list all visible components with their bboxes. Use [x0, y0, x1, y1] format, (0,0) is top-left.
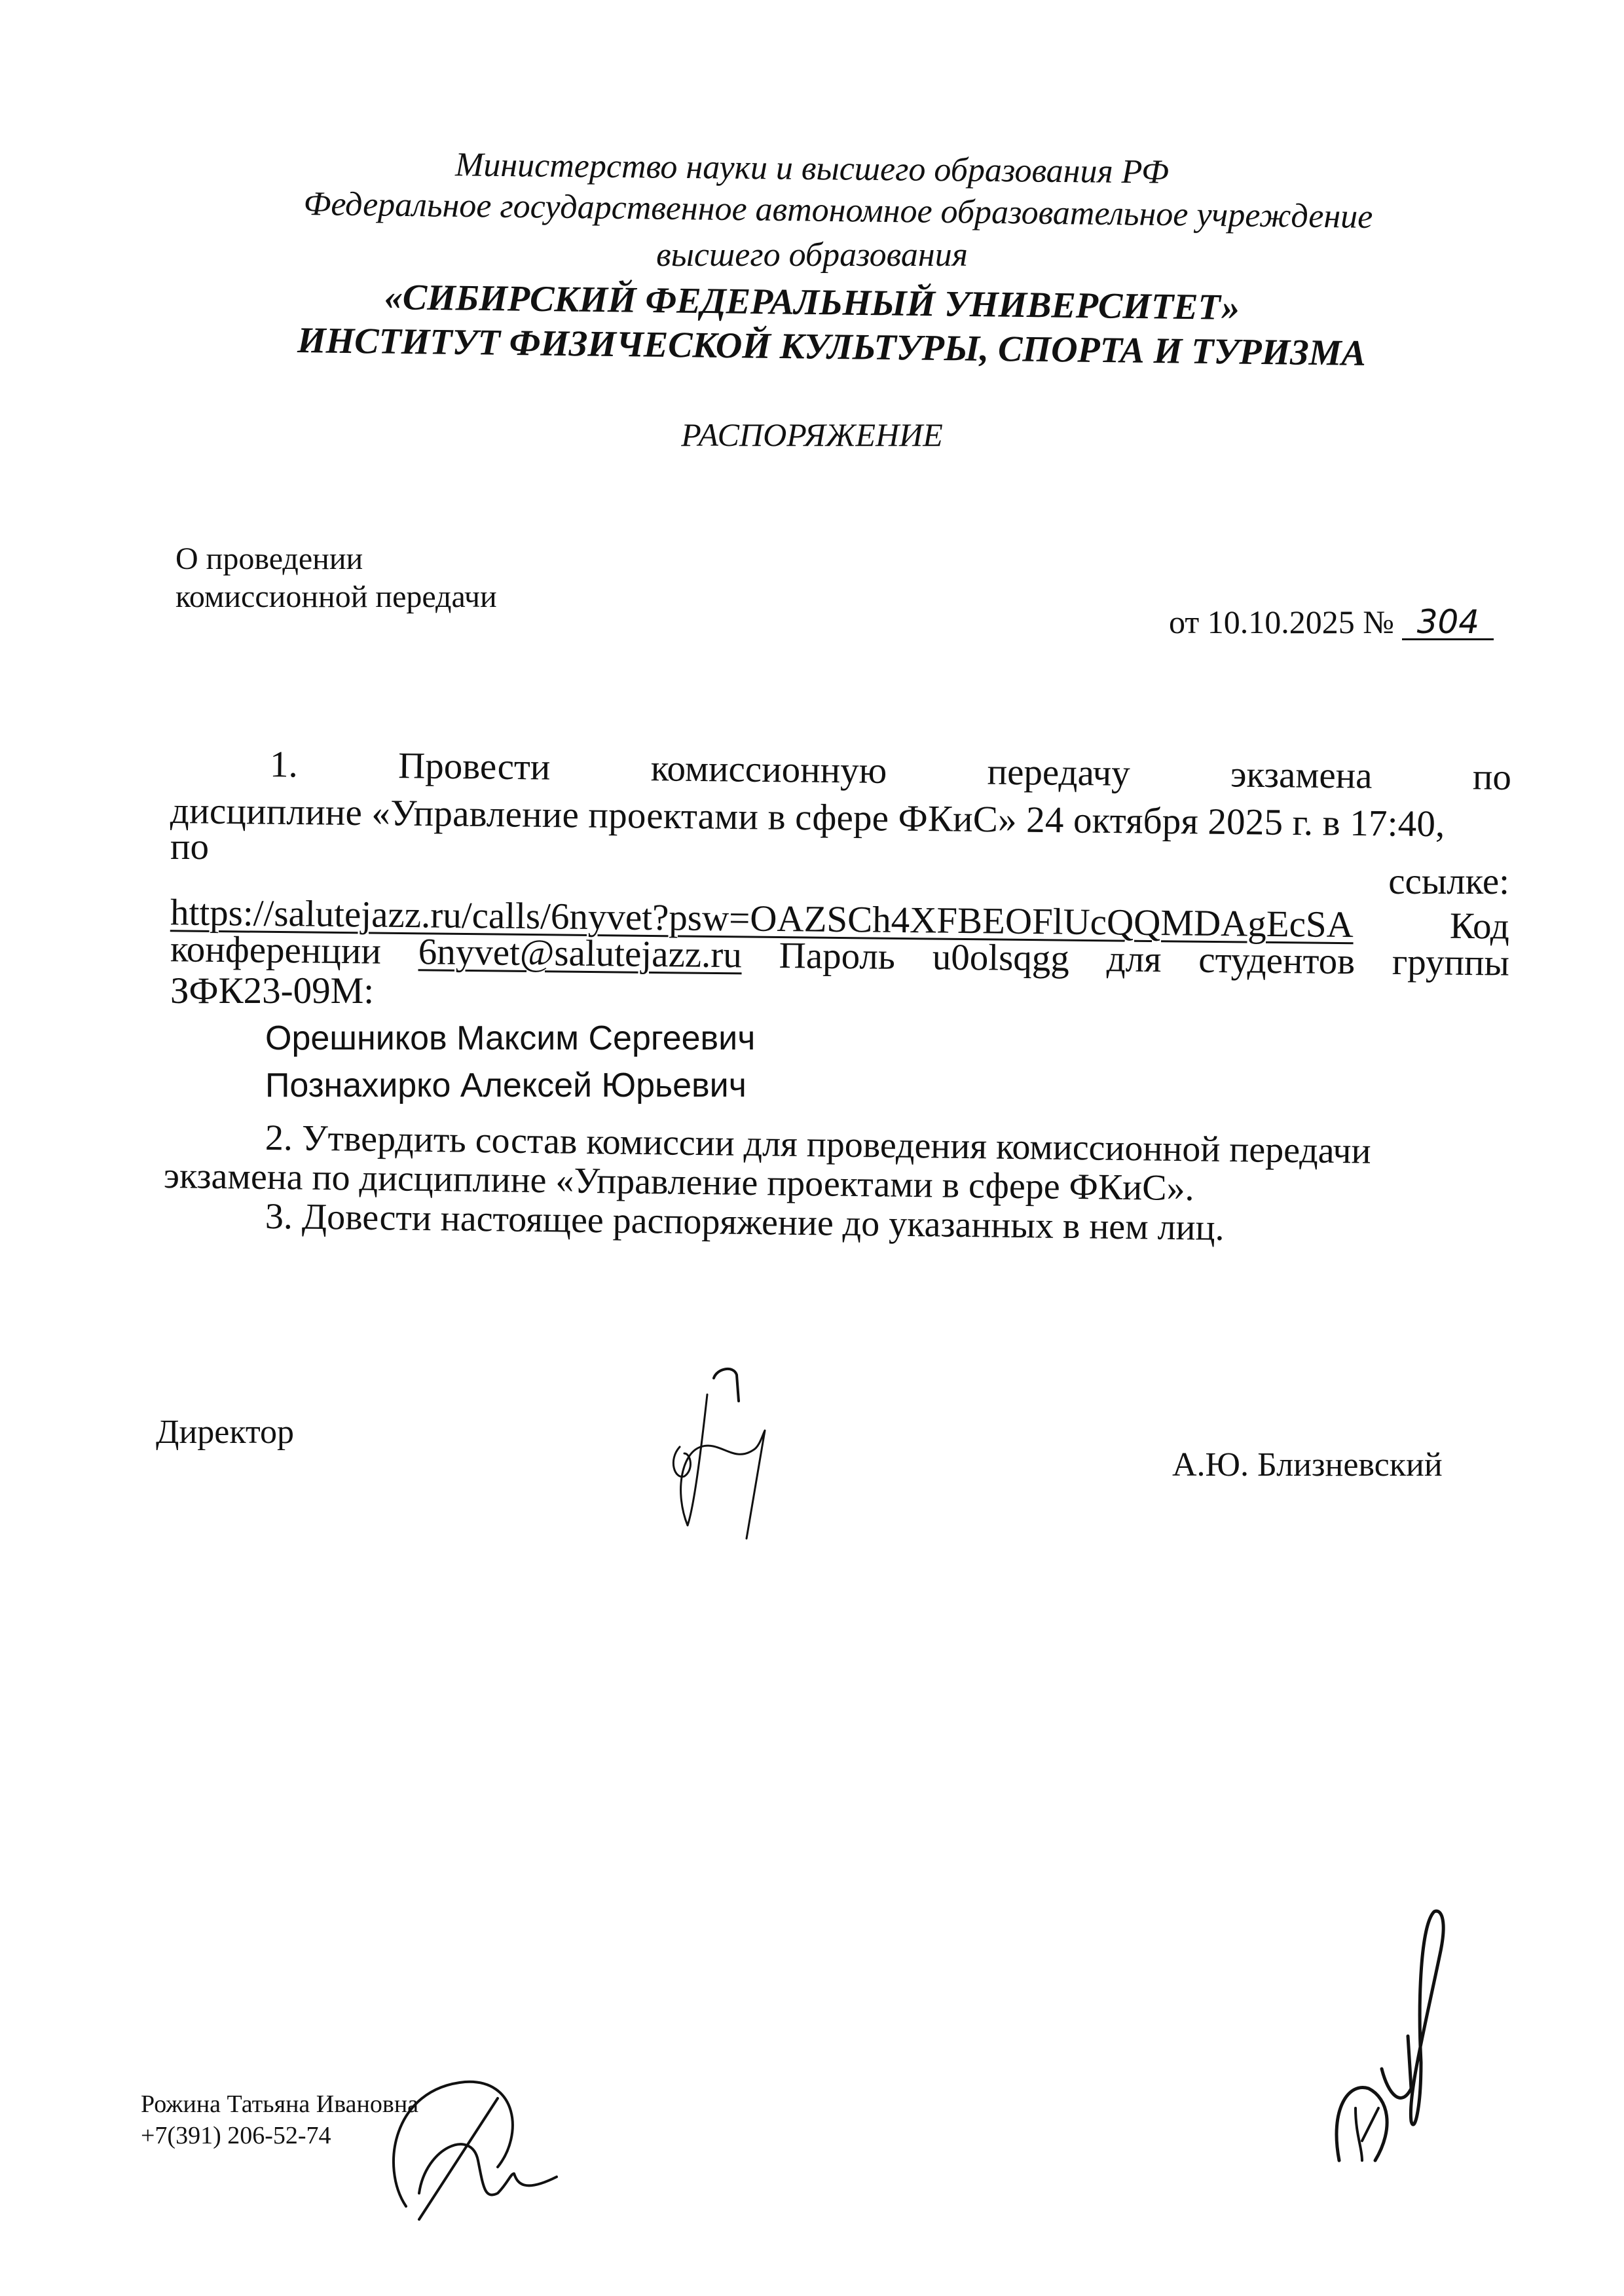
signatory-position: Директор — [156, 1415, 294, 1449]
word: для — [1106, 938, 1161, 981]
approval-signature-icon — [1316, 1899, 1486, 2160]
item1-line2: дисциплине «Управление проектами в сфере… — [170, 792, 1445, 843]
item1-line4-right: ссылке: — [1388, 863, 1509, 900]
word: по — [1473, 756, 1512, 799]
word: группы — [1392, 941, 1510, 985]
word: передачу — [987, 751, 1130, 795]
word: комиссионную — [650, 747, 887, 792]
student-1: Орешников Максим Сергеевич — [265, 1021, 755, 1055]
password-value: u0olsqgg — [932, 936, 1069, 979]
executor-phone: +7(391) 206-52-74 — [141, 2120, 331, 2151]
group-code: ЗФК23-09М: — [170, 972, 374, 1010]
item1-line3: по — [170, 828, 209, 866]
word: экзамена — [1230, 753, 1373, 797]
order-number: 304 — [1402, 606, 1494, 640]
signatory-name: А.Ю. Близневский — [1172, 1448, 1443, 1482]
item1-number: 1. — [270, 743, 298, 786]
item1-line1: 1. Провести комиссионную передачу экзаме… — [270, 743, 1512, 799]
word: студентов — [1198, 939, 1355, 983]
word: Провести — [398, 744, 551, 788]
subject-line-2: комиссионной передачи — [175, 581, 497, 613]
conference-label: конференции — [170, 928, 382, 972]
document-type: РАСПОРЯЖЕНИЕ — [0, 416, 1624, 454]
date-prefix: от 10.10.2025 № — [1169, 604, 1394, 640]
institution-type-line-2: высшего образования — [0, 236, 1624, 274]
subject-line-1: О проведении — [175, 543, 363, 575]
director-signature-icon — [655, 1349, 864, 1545]
date-number: от 10.10.2025 № 304 — [1169, 606, 1494, 640]
password-label: Пароль — [779, 934, 895, 978]
initials-signature-icon — [367, 2062, 616, 2219]
conference-email-link[interactable]: 6nyvet@salutejazz.ru — [418, 930, 742, 976]
student-2: Познахирко Алексей Юрьевич — [265, 1068, 747, 1102]
